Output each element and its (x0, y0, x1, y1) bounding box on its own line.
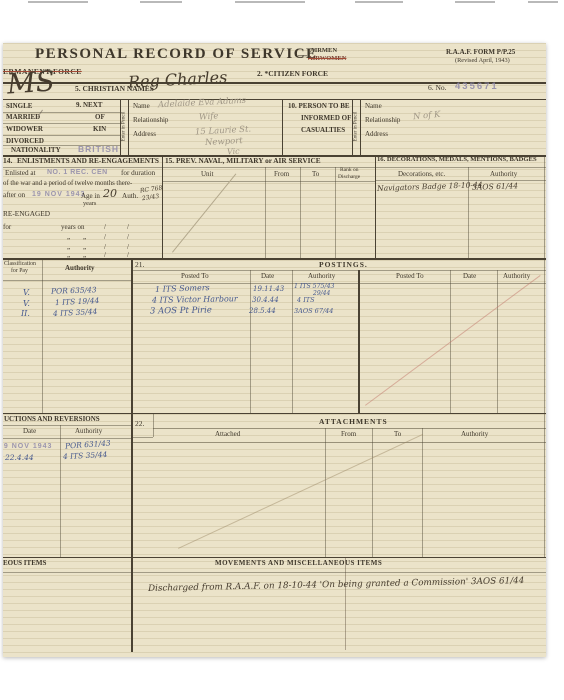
col-authority: Authority (503, 273, 530, 280)
grid-line (131, 258, 133, 652)
classification-row-authority: POR 635/43 (51, 286, 97, 295)
grid-line (3, 280, 131, 281)
enlisted-at-label: Enlisted at (5, 170, 36, 177)
marital-single: SINGLE (6, 103, 32, 110)
after-on-label: after on (3, 192, 25, 199)
col-rank-2: Discharge (338, 175, 360, 181)
grid-line (3, 572, 546, 573)
rule-line (3, 258, 546, 260)
crease-line (345, 557, 346, 650)
reversion-row-authority: POR 631/43 (65, 439, 111, 450)
ditto-mark: „ (83, 234, 86, 241)
reversions-title: UCTIONS AND REVERSIONS (4, 416, 100, 423)
next-of-kin-label-3: KIN (93, 126, 106, 133)
col-from: From (341, 431, 356, 438)
scan-artifact (528, 1, 558, 3)
date-slash: / (127, 224, 129, 231)
section21-number: 21. (135, 261, 144, 269)
grid-line (292, 270, 293, 413)
discharge-note: Discharged from R.A.A.F. on 18-10-44 'On… (148, 577, 524, 594)
grid-line (358, 270, 360, 413)
grid-line (153, 413, 154, 437)
attachments-title: ATTACHMENTS (319, 418, 388, 426)
col-to: To (312, 171, 319, 178)
col-authority: Authority (75, 428, 102, 435)
postings-title: POSTINGS. (319, 261, 368, 269)
form-revision: (Revised April, 1943) (455, 58, 510, 64)
grid-line (131, 437, 153, 438)
next-of-kin-label-1: 9. NEXT (76, 102, 102, 109)
posting-row-date: 30.4.44 (252, 297, 279, 304)
grid-line (497, 270, 498, 413)
col-to: To (394, 431, 401, 438)
classification-header-2: for Pay (11, 269, 28, 275)
grid-line (375, 167, 546, 168)
col-authority: Authority (308, 273, 335, 280)
scan-artifact (235, 1, 305, 3)
form-paper: PERSONAL RECORD OF SERVICE — AIRMEN AIRW… (3, 43, 546, 657)
col-posted-to: Posted To (181, 273, 209, 280)
informed-relationship-label: Relationship (365, 117, 400, 124)
section15-title: 15. PREV. NAVAL, MILITARY or AIR SERVICE (165, 157, 321, 164)
col-authority: Authority (490, 171, 517, 178)
next-of-kin-label-2: OF (95, 114, 105, 121)
re-engaged-label: RE-ENGAGED (3, 210, 50, 217)
grid-line (128, 99, 129, 155)
rule-line (3, 99, 546, 100)
grid-line (300, 167, 301, 258)
enter-in-pencil-label: Enter in Pencil (122, 107, 127, 147)
auth-label: Auth. (122, 193, 138, 200)
decoration-entry-value: Navigators Badge 18-10-44 (377, 181, 483, 192)
col-decorations: Decorations, etc. (398, 171, 445, 178)
classification-header-1: Classification (4, 262, 36, 268)
grid-line (153, 428, 546, 429)
grid-line (131, 442, 546, 443)
kin-address-label: Address (133, 131, 156, 138)
service-number-value: 435671 (455, 82, 499, 92)
christian-names-value: Reg Charles (128, 69, 228, 90)
rule-line (3, 413, 546, 414)
classification-row-authority: 4 ITS 35/44 (53, 308, 98, 318)
posting-row-to: 3 AOS Pt Pirie (150, 306, 212, 316)
grid-line (250, 270, 251, 413)
col-date: Date (463, 273, 476, 280)
grid-line (422, 428, 423, 557)
grid-line (375, 155, 376, 258)
ditto-mark: „ (67, 234, 70, 241)
kin-name-label: Name (133, 103, 150, 110)
posting-row-authority: 3AOS 67/44 (294, 308, 333, 315)
decoration-entry-authority: 3AOS 61/44 (472, 182, 518, 191)
reversion-row-date-stamp: 19 NOV 1943 (3, 443, 52, 450)
movements-title: MOVEMENTS AND MISCELLANEOUS ITEMS (215, 560, 382, 567)
posting-row-date: 28.5.44 (249, 308, 276, 315)
classification-row-mark: V. (23, 289, 30, 297)
classification-row-authority: 1 ITS 19/44 (55, 297, 100, 307)
grid-line (131, 270, 546, 271)
nationality-stamp: BRITISH (78, 145, 119, 154)
citizen-force-label: 2. *CITIZEN FORCE (257, 70, 328, 78)
col-from: From (274, 171, 289, 178)
kin-relationship-label: Relationship (133, 117, 168, 124)
scanned-service-record: { "colors": { "paper": "#ebe3c9", "print… (0, 0, 564, 700)
grid-line (42, 258, 43, 413)
col-rank-1: Rank on (340, 168, 359, 174)
miscellaneous-items-title: EOUS ITEMS (3, 560, 46, 567)
scan-artifact (455, 1, 495, 3)
scan-artifact (140, 1, 182, 3)
form-title: PERSONAL RECORD OF SERVICE (35, 47, 318, 62)
title-dash: — (298, 51, 307, 60)
section16-title: 16. DECORATIONS, MEDALS, MENTIONS, BADGE… (377, 157, 537, 164)
kin-relationship-value: Wife (199, 112, 219, 122)
years-label: years (83, 201, 96, 207)
recruiting-centre-stamp: NO. 1 REC. CEN (47, 169, 108, 176)
enter-in-pencil-label: Enter in Pencil (354, 107, 359, 147)
reversion-row-authority: 4 ITS 35/44 (63, 451, 108, 461)
marital-widower: WIDOWER (6, 126, 43, 133)
grid-line (162, 181, 375, 182)
rule-line (3, 557, 546, 558)
col-posted-to: Posted To (396, 273, 424, 280)
classification-row-mark: V. (23, 300, 30, 308)
nil-strike-line (365, 275, 541, 406)
grid-line (60, 425, 61, 557)
informed-relationship-value: N of K (413, 111, 441, 122)
date-slash: / (104, 244, 106, 251)
col-date: Date (261, 273, 274, 280)
nationality-label: NATIONALITY (11, 147, 61, 154)
section14-number: 14. (3, 157, 12, 165)
ditto-mark: „ (83, 244, 86, 251)
scan-artifact (355, 1, 403, 3)
grid-line (372, 428, 373, 557)
auth-value-2: 23/43 (142, 194, 160, 202)
marital-married: MARRIED (6, 114, 40, 121)
service-number-label: 6. No. (428, 84, 447, 92)
posting-row-authority: 4 ITS (297, 297, 315, 304)
for-duration-label: for duration (121, 170, 155, 177)
age-value: 20 (103, 188, 117, 199)
posting-row-authority-2: 29/44 (313, 291, 330, 297)
posting-row-to: 4 ITS Victor Harbour (152, 295, 238, 304)
date-slash: / (127, 234, 129, 241)
informed-name-label: Name (365, 103, 382, 110)
kin-name-value: Adelaide Eva Adams (158, 97, 246, 110)
airmen-label: AIRMEN (310, 48, 337, 55)
informed-label-3: CASUALTIES (301, 127, 345, 134)
date-slash: / (127, 244, 129, 251)
grid-line (3, 425, 131, 426)
ditto-mark: „ (67, 244, 70, 251)
years-on-label: years on (61, 224, 85, 231)
col-unit: Unit (201, 171, 213, 178)
date-slash: / (104, 224, 106, 231)
grid-line (325, 428, 326, 557)
re-engaged-for-label: for (3, 224, 11, 231)
informed-address-label: Address (365, 131, 388, 138)
scan-artifact (28, 1, 88, 3)
grid-line (544, 155, 545, 557)
form-number: R.A.A.F. FORM P/P.25 (446, 49, 515, 56)
posting-row-to: 1 ITS Somers (155, 284, 210, 294)
grid-line (265, 167, 266, 258)
col-attached: Attached (215, 431, 240, 438)
nil-strike-line (172, 174, 236, 253)
kin-address-line1: 15 Laurie St. (195, 126, 252, 137)
airwomen-label-struck: AIRWOMEN (308, 56, 346, 63)
enlistment-date-stamp: 19 NOV 1943 (32, 191, 85, 198)
informed-label-2: INFORMED OF (301, 115, 351, 122)
nil-strike-line (178, 434, 423, 549)
grid-line (282, 99, 283, 155)
age-label: Age in (81, 193, 100, 200)
section14-title: ENLISTMENTS AND RE-ENGAGEMENTS (17, 157, 159, 164)
surname-script-fragment: MS (6, 67, 56, 98)
date-slash: / (104, 234, 106, 241)
section22-number: 22. (135, 420, 144, 428)
marital-divorced: DIVORCED (6, 138, 44, 145)
grid-line (3, 438, 131, 439)
col-date: Date (23, 428, 36, 435)
grid-line (3, 167, 162, 168)
posting-row-date: 19.11.43 (253, 286, 284, 293)
col-authority: Authority (461, 431, 488, 438)
classification-row-mark: II. (21, 310, 30, 318)
grid-line (335, 167, 336, 258)
grid-line (3, 135, 120, 136)
classification-authority-header: Authority (65, 265, 95, 272)
reversion-row-date: 22.4.44 (5, 454, 34, 462)
grid-line (360, 99, 361, 155)
informed-label-1: 10. PERSON TO BE (288, 103, 350, 110)
grid-line (3, 123, 120, 124)
grid-line (162, 155, 163, 258)
